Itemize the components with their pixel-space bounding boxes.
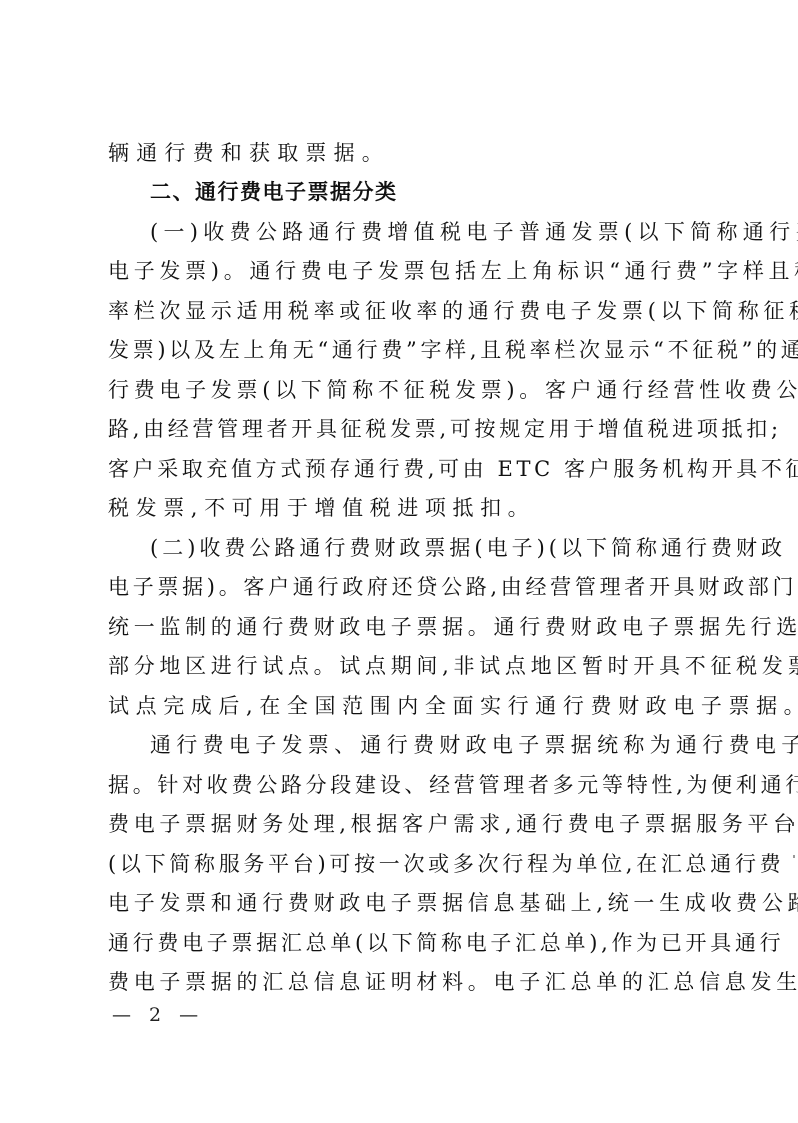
paragraph-3-line-7: 费电子票据的汇总信息证明材料。电子汇总单的汇总信息发生变 bbox=[108, 967, 692, 997]
paragraph-1-line-2: 电子发票)。通行费电子发票包括左上角标识“通行费”字样且税 bbox=[108, 256, 692, 286]
paragraph-2-line-3: 统一监制的通行费财政电子票据。通行费财政电子票据先行选择 bbox=[108, 612, 692, 642]
paragraph-3-line-2: 据。针对收费公路分段建设、经营管理者多元等特性,为便利通行 bbox=[108, 770, 692, 800]
paragraph-3-line-5: 电子发票和通行费财政电子票据信息基础上,统一生成收费公路 bbox=[108, 888, 692, 918]
paragraph-3-line-3: 费电子票据财务处理,根据客户需求,通行费电子票据服务平台 bbox=[108, 809, 692, 839]
paragraph-1-line-5: 行费电子发票(以下简称不征税发票)。客户通行经营性收费公 bbox=[108, 375, 692, 405]
paragraph-3-line-1: 通行费电子发票、通行费财政电子票据统称为通行费电子票 bbox=[150, 730, 692, 760]
paragraph-1-line-1: (一)收费公路通行费增值税电子普通发票(以下简称通行费 bbox=[150, 217, 692, 247]
page-number: — 2 — bbox=[112, 1004, 204, 1026]
section-heading: 二、通行费电子票据分类 bbox=[150, 177, 692, 207]
scan-artifact bbox=[792, 822, 794, 826]
paragraph-1-line-4: 发票)以及左上角无“通行费”字样,且税率栏次显示“不征税”的通 bbox=[108, 335, 692, 365]
paragraph-3-line-4: (以下简称服务平台)可按一次或多次行程为单位,在汇总通行费 bbox=[108, 849, 692, 879]
paragraph-2-line-1: (二)收费公路通行费财政票据(电子)(以下简称通行费财政 bbox=[150, 533, 692, 563]
paragraph-2-line-2: 电子票据)。客户通行政府还贷公路,由经营管理者开具财政部门 bbox=[108, 572, 692, 602]
paragraph-1-line-6: 路,由经营管理者开具征税发票,可按规定用于增值税进项抵扣; bbox=[108, 414, 692, 444]
paragraph-1-line-3: 率栏次显示适用税率或征收率的通行费电子发票(以下简称征税 bbox=[108, 296, 692, 326]
paragraph-3-line-6: 通行费电子票据汇总单(以下简称电子汇总单),作为已开具通行 bbox=[108, 928, 692, 958]
paragraph-2-line-5: 试点完成后,在全国范围内全面实行通行费财政电子票据。 bbox=[108, 691, 692, 721]
paragraph-1-line-7: 客户采取充值方式预存通行费,可由 ETC 客户服务机构开具不征 bbox=[108, 454, 692, 484]
scan-artifact bbox=[793, 855, 795, 858]
paragraph-2-line-4: 部分地区进行试点。试点期间,非试点地区暂时开具不征税发票。 bbox=[108, 651, 692, 681]
document-page: 辆通行费和获取票据。 二、通行费电子票据分类 (一)收费公路通行费增值税电子普通… bbox=[0, 0, 798, 1123]
paragraph-1-line-8: 税发票,不可用于增值税进项抵扣。 bbox=[108, 493, 692, 523]
text-line-continuation: 辆通行费和获取票据。 bbox=[108, 138, 692, 168]
